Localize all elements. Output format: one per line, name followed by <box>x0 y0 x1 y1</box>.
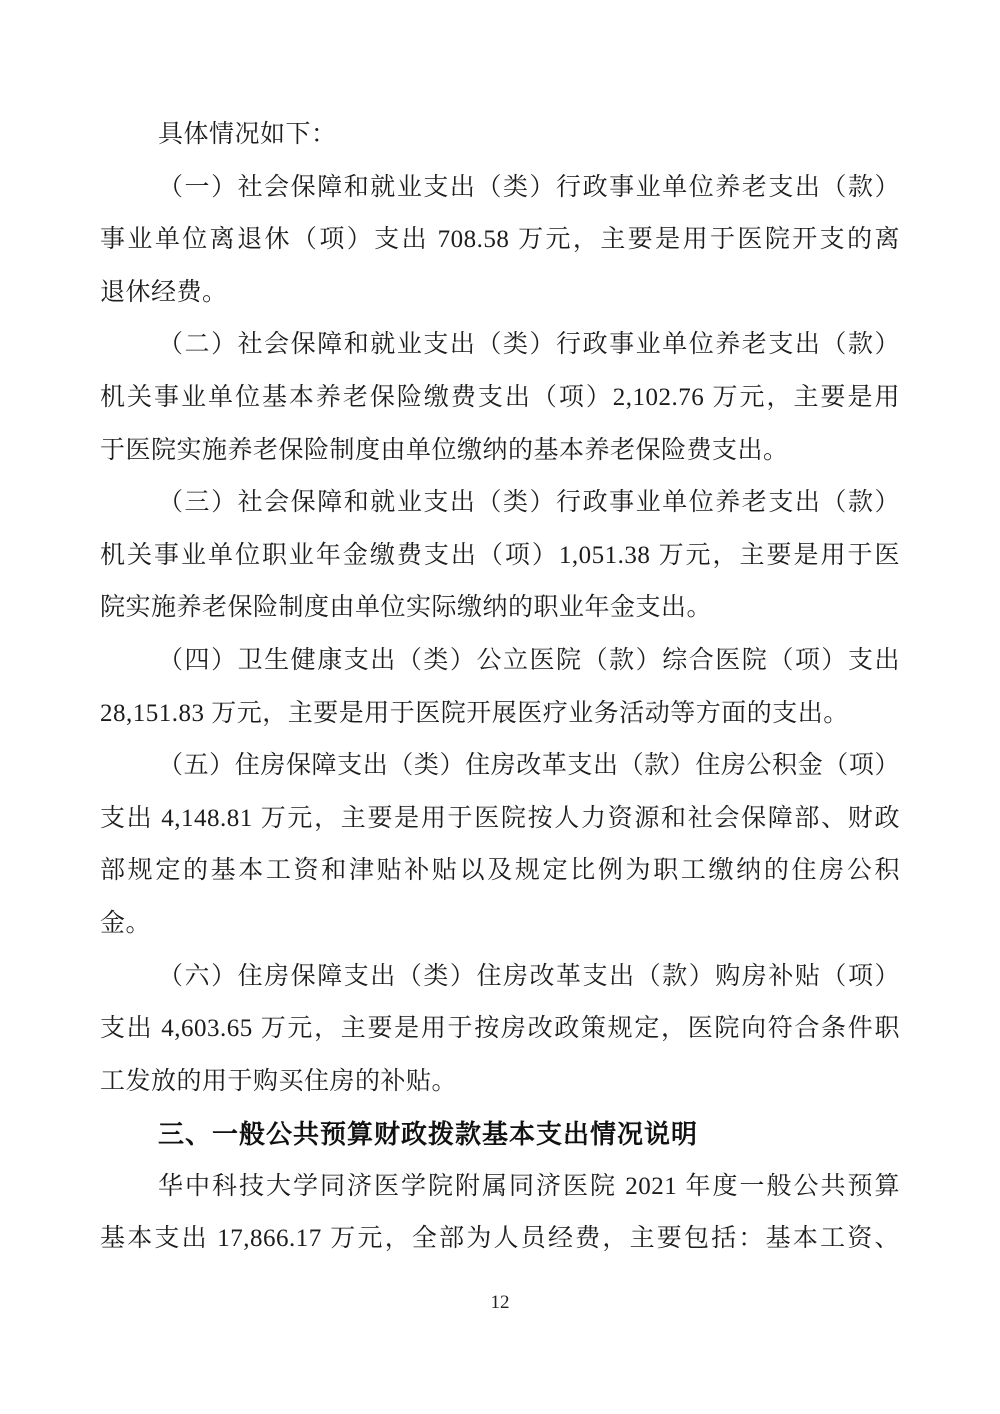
text-line: 院实施养老保险制度由单位实际缴纳的职业年金支出。 <box>100 582 900 635</box>
text-line: 28,151.83 万元，主要是用于医院开展医疗业务活动等方面的支出。 <box>100 688 900 741</box>
text-line: 退休经费。 <box>100 267 900 320</box>
text-line: 工发放的用于购买住房的补贴。 <box>100 1056 900 1109</box>
text-line: 支出 4,148.81 万元，主要是用于医院按人力资源和社会保障部、财政 <box>100 793 900 846</box>
paragraph-item-1: （一）社会保障和就业支出（类）行政事业单位养老支出（款） 事业单位离退休（项）支… <box>100 162 900 320</box>
text-line: （二）社会保障和就业支出（类）行政事业单位养老支出（款） <box>100 319 900 372</box>
section-heading: 三、一般公共预算财政拨款基本支出情况说明 <box>100 1108 900 1161</box>
text-line: 机关事业单位职业年金缴费支出（项）1,051.38 万元，主要是用于医 <box>100 530 900 583</box>
text-line: 于医院实施养老保险制度由单位缴纳的基本养老保险费支出。 <box>100 425 900 478</box>
document-text-block: 具体情况如下： （一）社会保障和就业支出（类）行政事业单位养老支出（款） 事业单… <box>100 109 900 1266</box>
text-line: 支出 4,603.65 万元，主要是用于按房改政策规定，医院向符合条件职 <box>100 1003 900 1056</box>
paragraph-intro: 具体情况如下： <box>100 109 900 162</box>
text-line: （五）住房保障支出（类）住房改革支出（款）住房公积金（项） <box>100 740 900 793</box>
text-line: 机关事业单位基本养老保险缴费支出（项）2,102.76 万元，主要是用 <box>100 372 900 425</box>
text-line: 事业单位离退休（项）支出 708.58 万元，主要是用于医院开支的离 <box>100 214 900 267</box>
text-line: 部规定的基本工资和津贴补贴以及规定比例为职工缴纳的住房公积 <box>100 845 900 898</box>
paragraph-item-5: （五）住房保障支出（类）住房改革支出（款）住房公积金（项） 支出 4,148.8… <box>100 740 900 950</box>
document-page: 具体情况如下： （一）社会保障和就业支出（类）行政事业单位养老支出（款） 事业单… <box>0 0 1000 1414</box>
paragraph-item-4: （四）卫生健康支出（类）公立医院（款）综合医院（项）支出 28,151.83 万… <box>100 635 900 740</box>
page-number: 12 <box>0 1292 1000 1314</box>
paragraph-basic-expenditure: 华中科技大学同济医学院附属同济医院 2021 年度一般公共预算 基本支出 17,… <box>100 1161 900 1266</box>
text-line: 金。 <box>100 898 900 951</box>
text-line: （一）社会保障和就业支出（类）行政事业单位养老支出（款） <box>100 162 900 215</box>
text-line: 基本支出 17,866.17 万元，全部为人员经费，主要包括：基本工资、 <box>100 1213 900 1266</box>
text-line: 华中科技大学同济医学院附属同济医院 2021 年度一般公共预算 <box>100 1161 900 1214</box>
text-line: （六）住房保障支出（类）住房改革支出（款）购房补贴（项） <box>100 951 900 1004</box>
text-line: （三）社会保障和就业支出（类）行政事业单位养老支出（款） <box>100 477 900 530</box>
paragraph-item-6: （六）住房保障支出（类）住房改革支出（款）购房补贴（项） 支出 4,603.65… <box>100 951 900 1109</box>
section-heading-text: 三、一般公共预算财政拨款基本支出情况说明 <box>100 1108 900 1161</box>
text-line: （四）卫生健康支出（类）公立医院（款）综合医院（项）支出 <box>100 635 900 688</box>
paragraph-item-2: （二）社会保障和就业支出（类）行政事业单位养老支出（款） 机关事业单位基本养老保… <box>100 319 900 477</box>
paragraph-item-3: （三）社会保障和就业支出（类）行政事业单位养老支出（款） 机关事业单位职业年金缴… <box>100 477 900 635</box>
text-line: 具体情况如下： <box>100 109 900 162</box>
